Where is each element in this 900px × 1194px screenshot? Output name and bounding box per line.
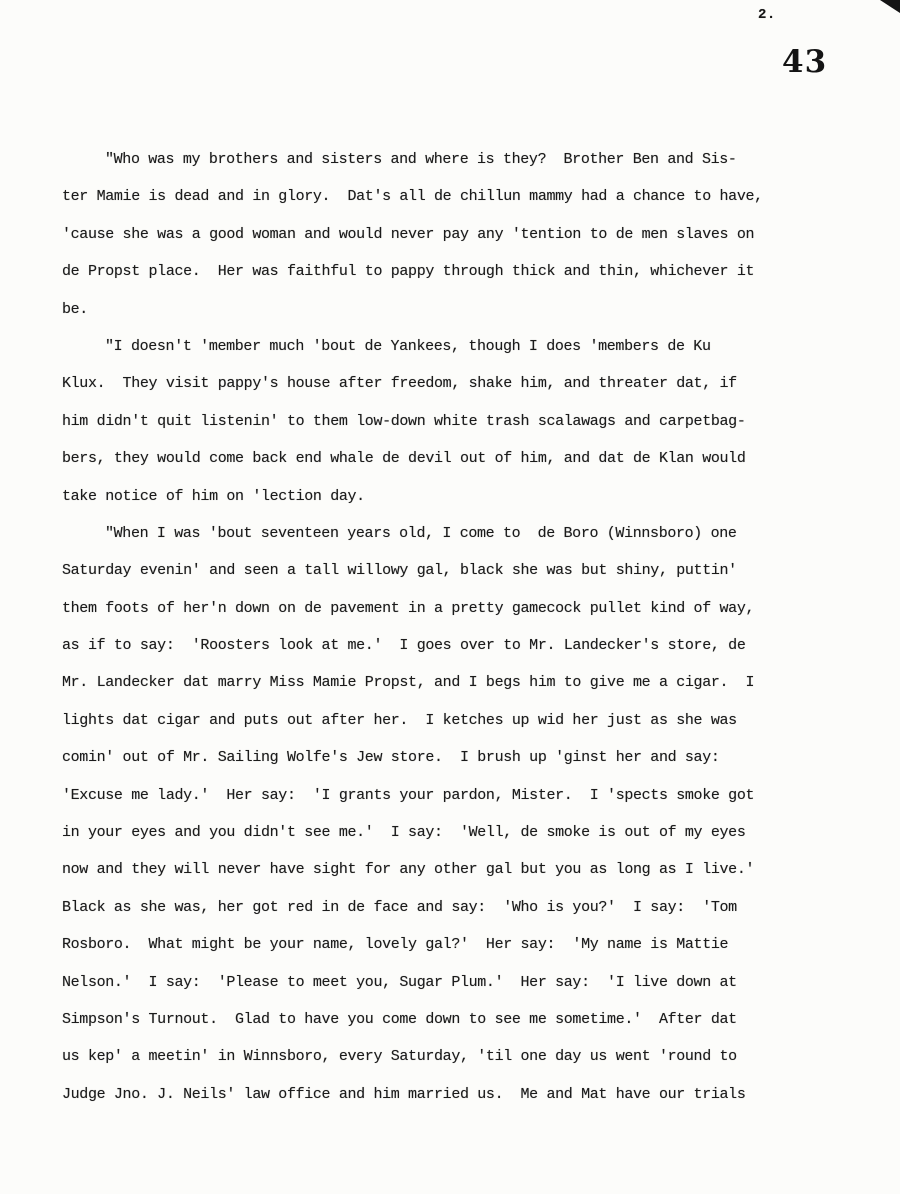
- text-line: "When I was 'bout seventeen years old, I…: [62, 515, 784, 552]
- text-line: us kep' a meetin' in Winnsboro, every Sa…: [62, 1038, 784, 1075]
- page-number-stamp: 43: [782, 44, 827, 80]
- scanned-document-page: 2. 43 "Who was my brothers and sisters a…: [0, 0, 900, 1194]
- text-line: Nelson.' I say: 'Please to meet you, Sug…: [62, 964, 784, 1001]
- text-line: Saturday evenin' and seen a tall willowy…: [62, 552, 784, 589]
- text-line: Rosboro. What might be your name, lovely…: [62, 926, 784, 963]
- text-line: 'Excuse me lady.' Her say: 'I grants you…: [62, 777, 784, 814]
- text-line: "I doesn't 'member much 'bout de Yankees…: [62, 328, 784, 365]
- text-line: de Propst place. Her was faithful to pap…: [62, 253, 784, 290]
- text-line: Mr. Landecker dat marry Miss Mamie Props…: [62, 664, 784, 701]
- text-line: comin' out of Mr. Sailing Wolfe's Jew st…: [62, 739, 784, 776]
- text-line: now and they will never have sight for a…: [62, 851, 784, 888]
- scan-artifact-corner: [880, 0, 900, 13]
- text-line: take notice of him on 'lection day.: [62, 478, 784, 515]
- text-line: Black as she was, her got red in de face…: [62, 889, 784, 926]
- text-line: as if to say: 'Roosters look at me.' I g…: [62, 627, 784, 664]
- text-line: be.: [62, 291, 784, 328]
- text-line: him didn't quit listenin' to them low-do…: [62, 403, 784, 440]
- text-line: in your eyes and you didn't see me.' I s…: [62, 814, 784, 851]
- text-line: Judge Jno. J. Neils' law office and him …: [62, 1076, 784, 1113]
- text-line: lights dat cigar and puts out after her.…: [62, 702, 784, 739]
- text-line: "Who was my brothers and sisters and whe…: [62, 141, 784, 178]
- document-body: "Who was my brothers and sisters and whe…: [62, 141, 784, 1113]
- text-line: ter Mamie is dead and in glory. Dat's al…: [62, 178, 784, 215]
- text-line: them foots of her'n down on de pavement …: [62, 590, 784, 627]
- text-line: Simpson's Turnout. Glad to have you come…: [62, 1001, 784, 1038]
- text-line: Klux. They visit pappy's house after fre…: [62, 365, 784, 402]
- sheet-number: 2.: [758, 7, 776, 23]
- text-line: 'cause she was a good woman and would ne…: [62, 216, 784, 253]
- text-line: bers, they would come back end whale de …: [62, 440, 784, 477]
